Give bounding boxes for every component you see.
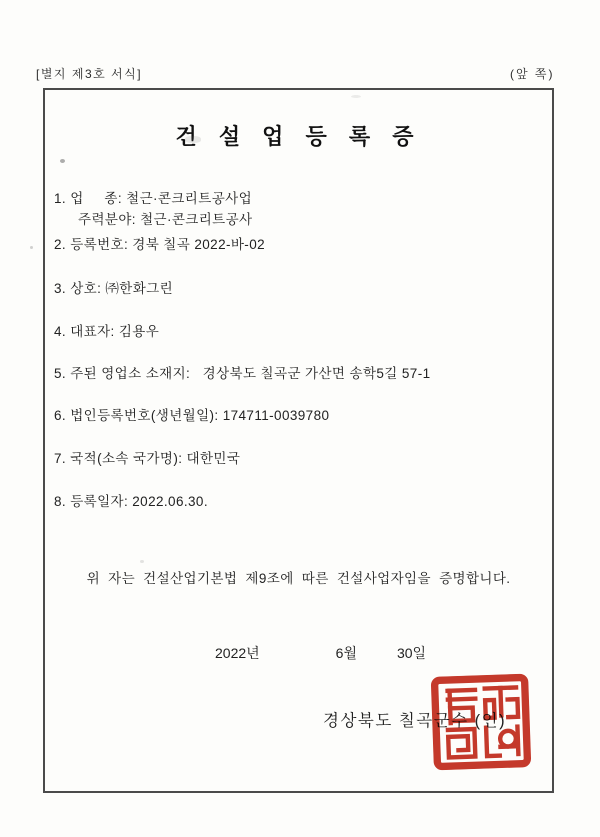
- scan-artifact: [60, 159, 65, 163]
- certificate-border-box: 건 설 업 등 록 증 1. 업 종: 철근·콘크리트공사업 주력분야: 철근·…: [43, 88, 554, 793]
- field-registration-date: 8. 등록일자: 2022.06.30.: [54, 490, 208, 510]
- field-representative: 4. 대표자: 김용우: [54, 320, 159, 340]
- scan-artifact: [140, 560, 144, 563]
- form-number-label: [별지 제3호 서식]: [36, 65, 142, 82]
- official-red-seal-icon: [430, 673, 531, 770]
- scan-artifact: [30, 246, 33, 249]
- field-corporate-number: 6. 법인등록번호(생년월일): 174711-0039780: [54, 404, 329, 424]
- issue-date-year: 2022년: [215, 643, 260, 663]
- page-side-label: (앞 쪽): [510, 65, 555, 82]
- certification-statement: 위 자는 건설산업기본법 제9조에 따른 건설사업자임을 증명합니다.: [45, 567, 552, 587]
- field-main-specialty: 주력분야: 철근·콘크리트공사: [78, 208, 253, 228]
- issue-date-day: 30일: [397, 643, 426, 663]
- field-office-address: 5. 주된 영업소 소재지: 경상북도 칠곡군 가산면 송학5길 57-1: [54, 362, 431, 382]
- certificate-page: [별지 제3호 서식] (앞 쪽) 건 설 업 등 록 증 1. 업 종: 철근…: [0, 0, 600, 837]
- scan-artifact: [351, 95, 361, 98]
- field-company-name: 3. 상호: ㈜한화그린: [54, 277, 173, 297]
- certificate-title: 건 설 업 등 록 증: [45, 120, 552, 151]
- scan-artifact: [185, 136, 201, 143]
- field-registration-number: 2. 등록번호: 경북 칠곡 2022-바-02: [54, 233, 265, 253]
- field-business-type: 1. 업 종: 철근·콘크리트공사업: [54, 187, 252, 207]
- field-nationality: 7. 국적(소속 국가명): 대한민국: [54, 447, 240, 467]
- issue-date: 2022년 6월 30일: [215, 643, 426, 663]
- issue-date-month: 6월: [336, 643, 357, 663]
